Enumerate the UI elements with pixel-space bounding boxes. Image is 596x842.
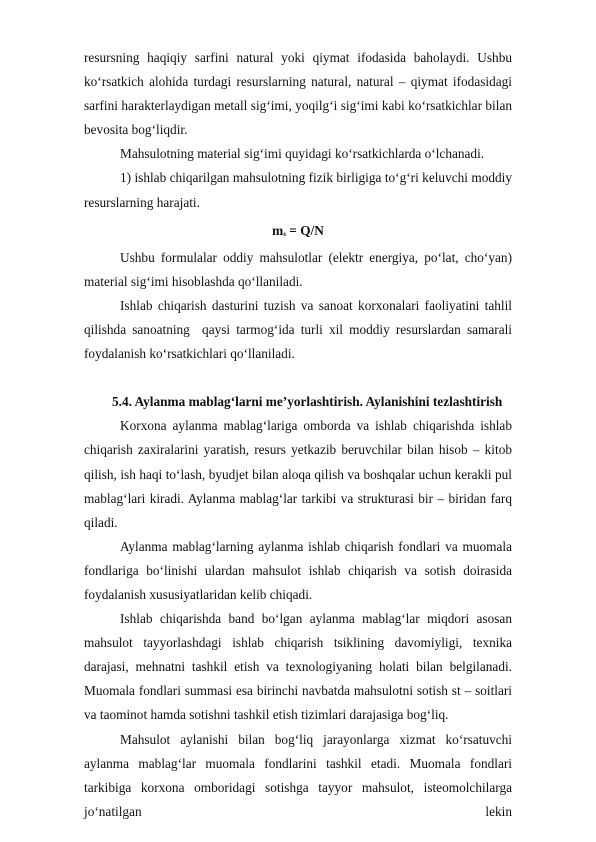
document-page: resursning haqiqiy sarfini natural yoki … xyxy=(84,46,512,824)
section-heading: 5.4. Aylanma mablag‘larni me’yorlashtiri… xyxy=(84,390,512,414)
paragraph: Ishlab chiqarish dasturini tuzish va san… xyxy=(84,294,512,366)
formula-lhs: m xyxy=(272,223,283,238)
formula-rhs: = Q/N xyxy=(286,223,324,238)
paragraph: Ishlab chiqarishda band bo‘lgan aylanma … xyxy=(84,607,512,727)
paragraph: Ushbu formulalar oddiy mahsulotlar (elek… xyxy=(84,246,512,294)
paragraph: resursning haqiqiy sarfini natural yoki … xyxy=(84,46,512,142)
paragraph: Aylanma mablag‘larning aylanma ishlab ch… xyxy=(84,535,512,607)
formula: ms = Q/N xyxy=(84,215,512,246)
paragraph: Mahsulotning material sig‘imi quyidagi k… xyxy=(84,142,512,166)
paragraph: Korxona aylanma mablag‘lariga omborda va… xyxy=(84,414,512,534)
paragraph: 1) ishlab chiqarilgan mahsulotning fizik… xyxy=(84,166,512,214)
paragraph: Mahsulot aylanishi bilan bog‘liq jarayon… xyxy=(84,728,512,824)
